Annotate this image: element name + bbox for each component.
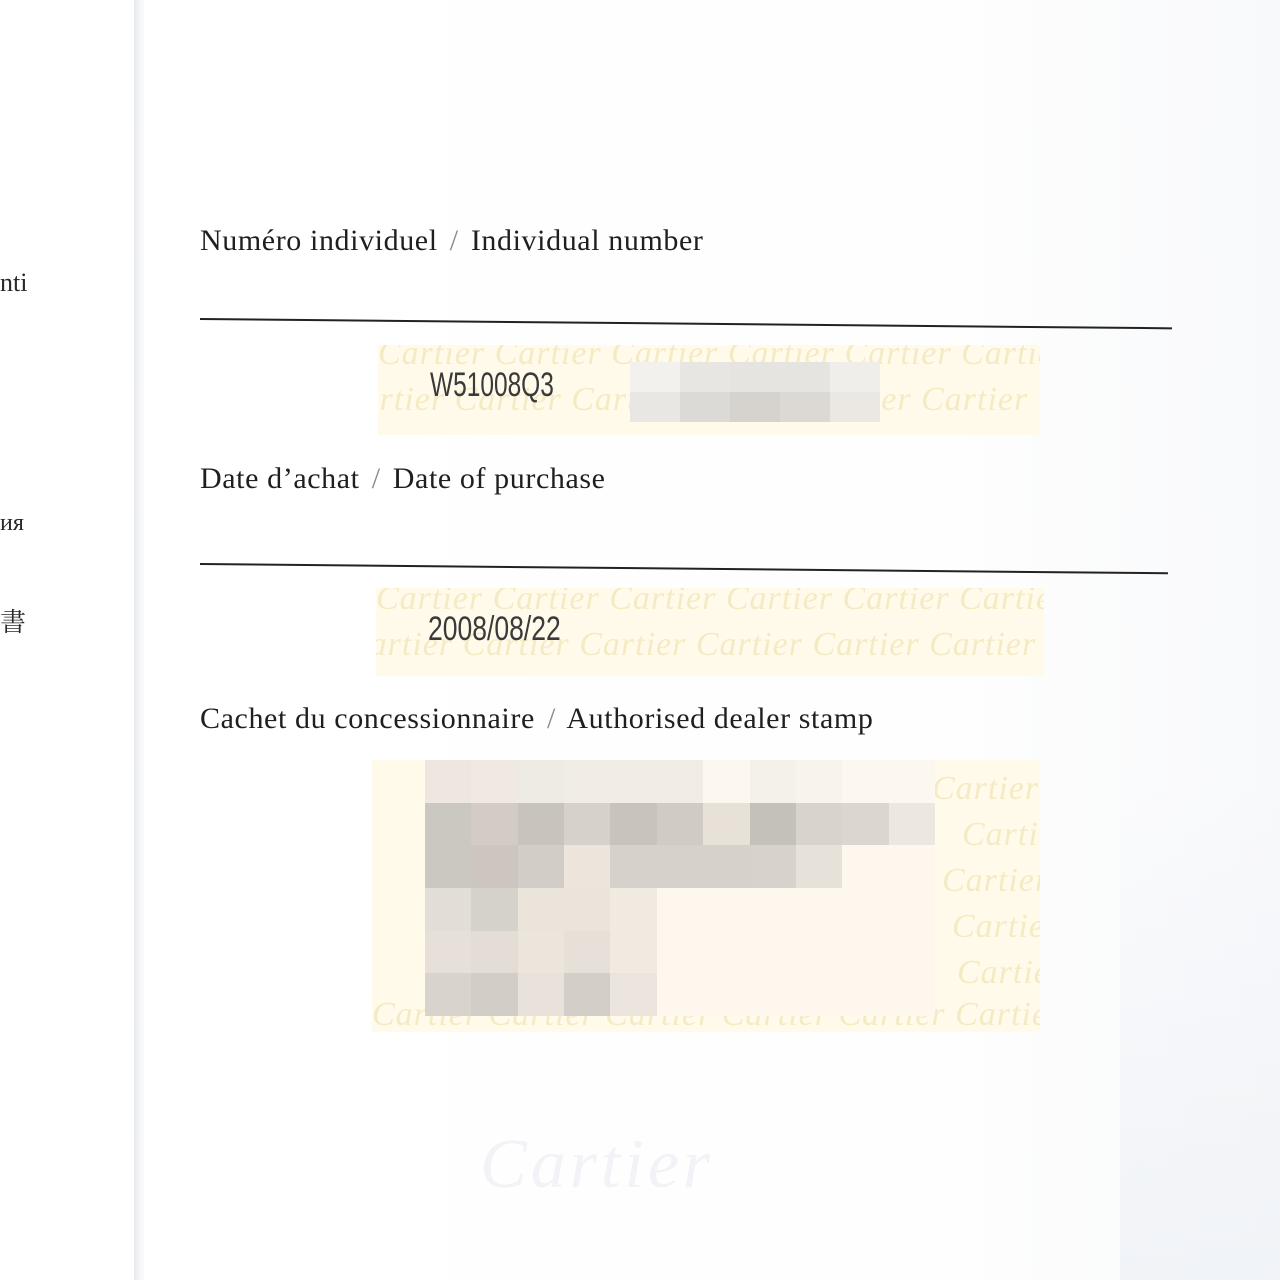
individual-number-label: Numéro individuel / Individual number — [200, 224, 703, 258]
watermark-pattern: Cartier Cartier Cartier Cartier Cartier … — [962, 816, 1040, 854]
label-separator: / — [372, 462, 381, 495]
page-shadow — [1120, 780, 1280, 1280]
label-english: Authorised dealer stamp — [566, 702, 873, 735]
individual-number-value: W51008Q3 — [430, 366, 554, 405]
watermark-pattern: Cartier Cartier Cartier Cartier Cartier … — [942, 862, 1040, 900]
redacted-dealer-stamp — [425, 760, 935, 1016]
warranty-card-photo: nti ия 書 Numéro individuel / Individual … — [0, 0, 1280, 1280]
label-english: Individual number — [471, 224, 704, 257]
watermark-pattern: Cartier Cartier Cartier Cartier Cartier … — [952, 908, 1040, 946]
left-page-text-fragment: ия — [0, 510, 24, 537]
purchase-date-value: 2008/08/22 — [428, 610, 561, 649]
booklet-fold — [134, 0, 144, 1280]
embossed-logo: Cartier — [480, 1125, 714, 1205]
left-page-text-fragment: 書 — [0, 602, 26, 639]
left-page: nti ия 書 — [0, 0, 134, 1280]
dealer-stamp-label: Cachet du concessionnaire / Authorised d… — [200, 702, 873, 736]
label-french: Cachet du concessionnaire — [200, 702, 535, 735]
left-page-text-fragment: nti — [0, 268, 27, 298]
label-separator: / — [547, 702, 556, 735]
purchase-date-label: Date d’achat / Date of purchase — [200, 462, 606, 496]
watermark-pattern: Cartier Cartier Cartier Cartier Cartier … — [957, 954, 1040, 992]
label-english: Date of purchase — [393, 462, 606, 495]
redacted-serial — [630, 362, 880, 422]
label-separator: / — [450, 224, 459, 257]
watermark-pattern: Cartier Cartier Cartier Cartier Cartier … — [932, 770, 1040, 808]
label-french: Date d’achat — [200, 462, 360, 495]
label-french: Numéro individuel — [200, 224, 438, 257]
